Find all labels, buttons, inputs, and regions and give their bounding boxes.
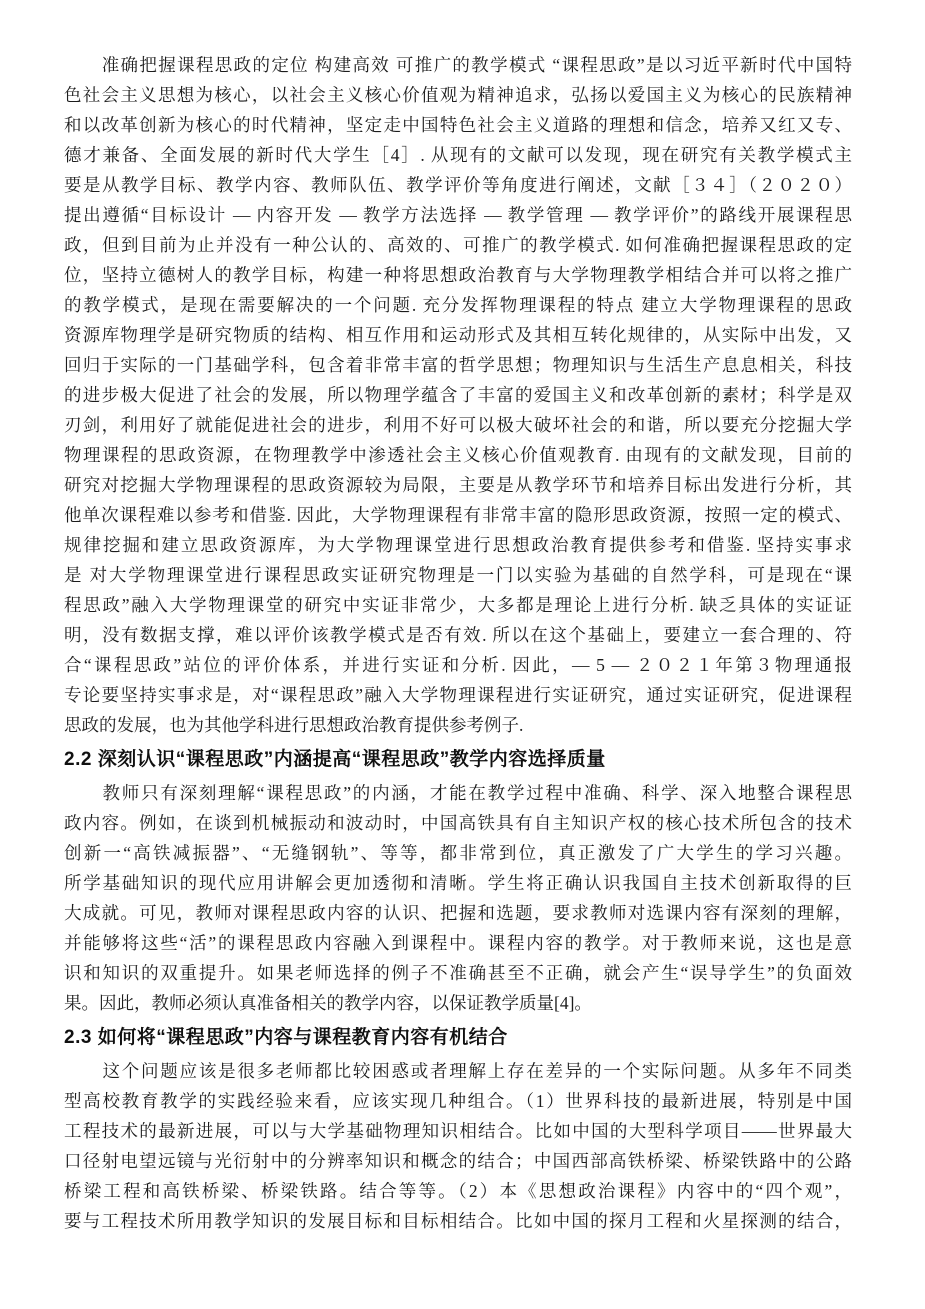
- text-line: 思政的发展，也为其他学科进行思想政治教育提供参考例子.: [64, 710, 852, 740]
- text-line: 教师只有深刻理解“课程思政”的内涵，才能在教学过程中准确、科学、深入地整合课程思: [64, 778, 852, 808]
- document-page: 准确把握课程思政的定位 构建高效 可推广的教学模式 “课程思政”是以习近平新时代…: [0, 0, 925, 1309]
- text-line: 型高校教育教学的实践经验来看，应该实现几种组合。（1）世界科技的最新进展，特别是…: [64, 1086, 852, 1116]
- section-heading-2-2: 2.2 深刻认识“课程思政”内涵提高“课程思政”教学内容选择质量: [64, 740, 852, 778]
- text-line: 的教学模式，是现在需要解决的一个问题. 充分发挥物理课程的特点 建立大学物理课程…: [64, 290, 852, 320]
- text-line: 研究对挖掘大学物理课程的思政资源较为局限，主要是从教学环节和培养目标出发进行分析…: [64, 470, 852, 500]
- text-line: 规律挖掘和建立思政资源库，为大学物理课堂进行思想政治教育提供参考和借鉴. 坚持实…: [64, 530, 852, 560]
- text-line: 色社会主义思想为核心，以社会主义核心价值观为精神追求，弘扬以爱国主义为核心的民族…: [64, 80, 852, 110]
- text-line: 果。因此，教师必须认真准备相关的教学内容，以保证教学质量[4]。: [64, 988, 852, 1018]
- text-line: 桥梁工程和高铁桥梁、桥梁铁路。结合等等。（2）本《思想政治课程》内容中的“四个观…: [64, 1176, 852, 1206]
- text-line: 合“课程思政”站位的评价体系，并进行实证和分析. 因此，— 5 — ２０２１年第…: [64, 650, 852, 680]
- text-line: 回归于实际的一门基础学科，包含着非常丰富的哲学思想；物理知识与生活生产息息相关，…: [64, 350, 852, 380]
- text-line: 口径射电望远镜与光衍射中的分辨率知识和概念的结合；中国西部高铁桥梁、桥梁铁路中的…: [64, 1146, 852, 1176]
- section-heading-2-3: 2.3 如何将“课程思政”内容与课程教育内容有机结合: [64, 1018, 852, 1056]
- paragraph-organic-combination: 这个问题应该是很多老师都比较困惑或者理解上存在差异的一个实际问题。从多年不同类型…: [64, 1056, 852, 1236]
- text-line: 创新一“高铁减振器”、“无缝钢轨”、等等，都非常到位，真正激发了广大学生的学习兴…: [64, 838, 852, 868]
- text-line: 识和知识的双重提升。如果老师选择的例子不准确甚至不正确，就会产生“误导学生”的负…: [64, 958, 852, 988]
- text-line: 准确把握课程思政的定位 构建高效 可推广的教学模式 “课程思政”是以习近平新时代…: [64, 50, 852, 80]
- text-line: 和以改革创新为核心的时代精神，坚定走中国特色社会主义道路的理想和信念，培养又红又…: [64, 110, 852, 140]
- text-line: 并能够将这些“活”的课程思政内容融入到课程中。课程内容的教学。对于教师来说，这也…: [64, 928, 852, 958]
- text-line: 所学基础知识的现代应用讲解会更加透彻和清晰。学生将正确认识我国自主技术创新取得的…: [64, 868, 852, 898]
- text-line: 专论要坚持实事求是，对“课程思政”融入大学物理课程进行实证研究，通过实证研究，促…: [64, 680, 852, 710]
- text-line: 明，没有数据支撑，难以评价该教学模式是否有效. 所以在这个基础上，要建立一套合理…: [64, 620, 852, 650]
- text-line: 是 对大学物理课堂进行课程思政实证研究物理是一门以实验为基础的自然学科，可是现在…: [64, 560, 852, 590]
- text-line: 位，坚持立德树人的教学目标，构建一种将思想政治教育与大学物理教学相结合并可以将之…: [64, 260, 852, 290]
- text-line: 他单次课程难以参考和借鉴. 因此，大学物理课程有非常丰富的隐形思政资源，按照一定…: [64, 500, 852, 530]
- text-line: 要是从教学目标、教学内容、教师队伍、教学评价等角度进行阐述，文献［３４］（２０２…: [64, 170, 852, 200]
- text-line: 刃剑，利用好了就能促进社会的进步，利用不好可以极大破坏社会的和谐，所以要充分挖掘…: [64, 410, 852, 440]
- text-line: 大成就。可见，教师对课程思政内容的认识、把握和选题，要求教师对选课内容有深刻的理…: [64, 898, 852, 928]
- text-line: 物理课程的思政资源，在物理教学中渗透社会主义核心价值观教育. 由现有的文献发现，…: [64, 440, 852, 470]
- document-content: 准确把握课程思政的定位 构建高效 可推广的教学模式 “课程思政”是以习近平新时代…: [64, 50, 852, 1236]
- paragraph-positioning-and-model: 准确把握课程思政的定位 构建高效 可推广的教学模式 “课程思政”是以习近平新时代…: [64, 50, 852, 740]
- paragraph-understanding-connotation: 教师只有深刻理解“课程思政”的内涵，才能在教学过程中准确、科学、深入地整合课程思…: [64, 778, 852, 1018]
- text-line: 提出遵循“目标设计 — 内容开发 — 教学方法选择 — 教学管理 — 教学评价”…: [64, 200, 852, 230]
- text-line: 要与工程技术所用教学知识的发展目标和目标相结合。比如中国的探月工程和火星探测的结…: [64, 1206, 852, 1236]
- text-line: 政，但到目前为止并没有一种公认的、高效的、可推广的教学模式. 如何准确把握课程思…: [64, 230, 852, 260]
- text-line: 的进步极大促进了社会的发展，所以物理学蕴含了丰富的爱国主义和改革创新的素材；科学…: [64, 380, 852, 410]
- text-line: 工程技术的最新进展，可以与大学基础物理知识相结合。比如中国的大型科学项目——世界…: [64, 1116, 852, 1146]
- text-line: 程思政”融入大学物理课堂的研究中实证非常少，大多都是理论上进行分析. 缺乏具体的…: [64, 590, 852, 620]
- text-line: 政内容。例如，在谈到机械振动和波动时，中国高铁具有自主知识产权的核心技术所包含的…: [64, 808, 852, 838]
- text-line: 资源库物理学是研究物质的结构、相互作用和运动形式及其相互转化规律的，从实际中出发…: [64, 320, 852, 350]
- text-line: 德才兼备、全面发展的新时代大学生［4］. 从现有的文献可以发现，现在研究有关教学…: [64, 140, 852, 170]
- text-line: 这个问题应该是很多老师都比较困惑或者理解上存在差异的一个实际问题。从多年不同类: [64, 1056, 852, 1086]
